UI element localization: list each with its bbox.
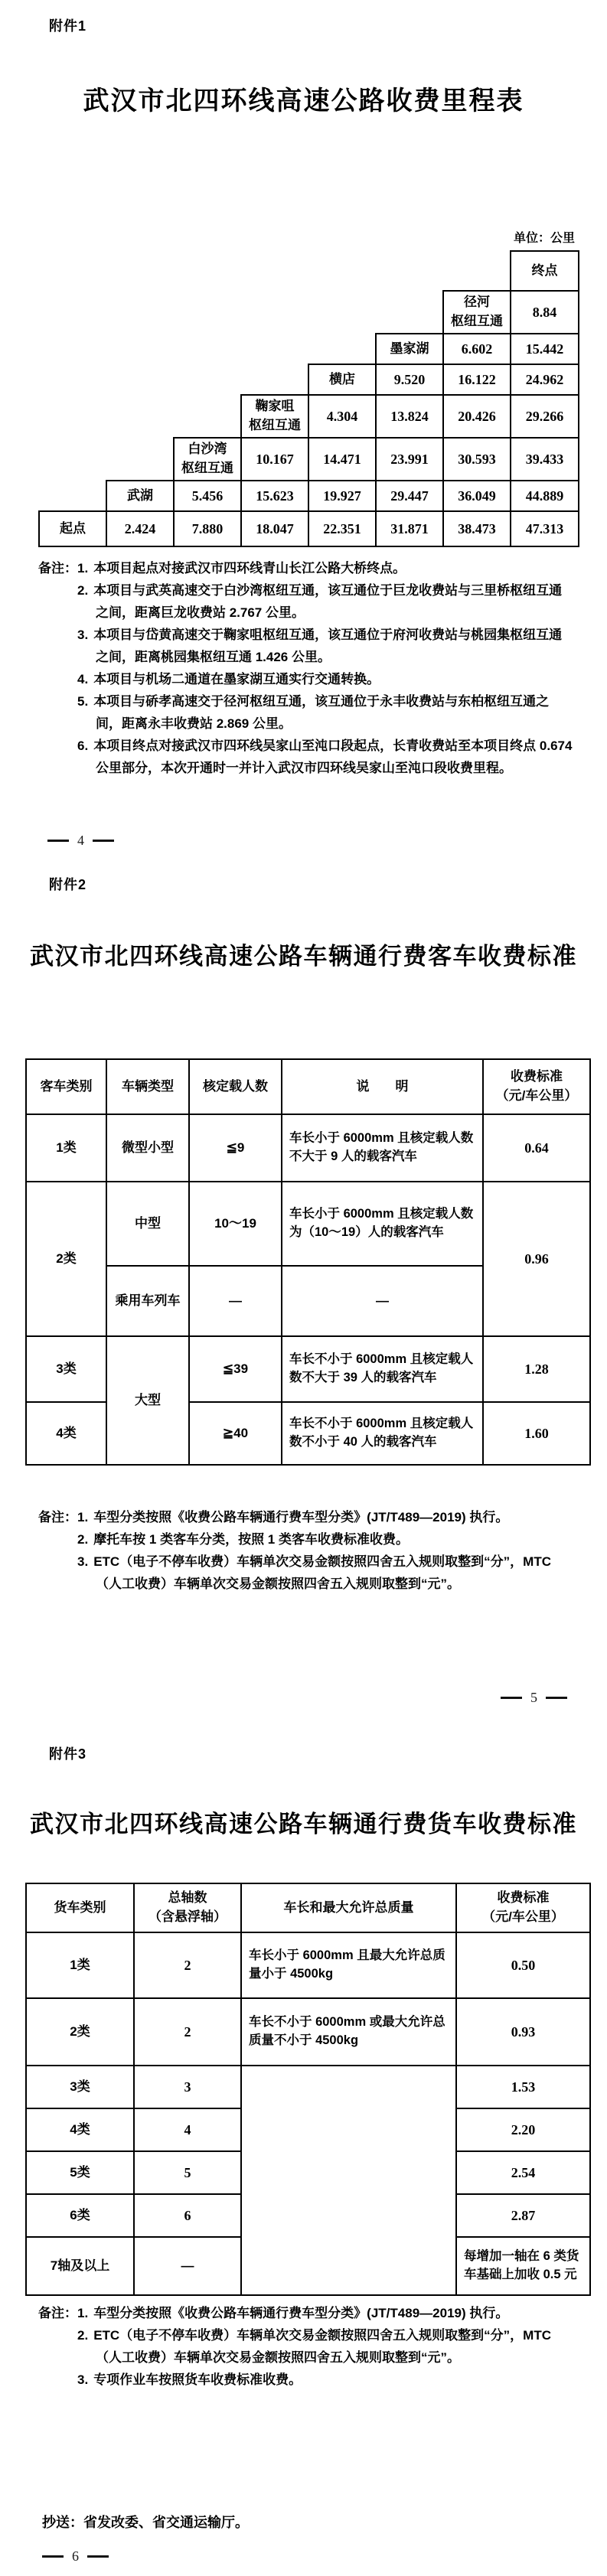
- distance-cell: 18.047: [241, 511, 308, 546]
- note-item: 6.本项目终点对接武汉市四环线吴家山至沌口段起点，长青收费站至本项目终点 0.6…: [77, 735, 574, 779]
- distance-cell: 22.351: [308, 511, 376, 546]
- distance-cell: 4.304: [308, 395, 376, 438]
- notes-label: 备注：: [38, 2302, 77, 2391]
- seats-cell: ≦9: [189, 1114, 282, 1182]
- unit-label: 单位：公里: [514, 228, 575, 246]
- class-cell: 1类: [26, 1114, 106, 1182]
- station-label-cell: 白沙湾 枢纽互通: [174, 438, 241, 481]
- attachment-3-title: 武汉市北四环线高速公路车辆通行费货车收费标准: [0, 1805, 607, 1839]
- note-item: 2.本项目与武英高速交于白沙湾枢纽互通，该互通位于巨龙收费站与三里桥枢纽互通之间…: [77, 579, 574, 624]
- spacer-cell: [39, 364, 308, 395]
- distance-cell: 9.520: [376, 364, 443, 395]
- station-label-cell: 横店: [308, 364, 376, 395]
- axles-cell: 4: [134, 2108, 241, 2151]
- distance-cell: 7.880: [174, 511, 241, 546]
- type-cell: 乘用车列车: [106, 1266, 189, 1336]
- table-row: 3类 大型 ≦39 车长不小于 6000mm 且核定载人数不大于 39 人的载客…: [26, 1336, 590, 1402]
- class-cell: 5类: [26, 2151, 134, 2194]
- distance-cell: 15.442: [511, 334, 579, 364]
- seats-cell: 10～19: [189, 1182, 282, 1266]
- page-number-5: 5: [501, 1690, 567, 1706]
- distance-cell: 23.991: [376, 438, 443, 481]
- attachment-1-title: 武汉市北四环线高速公路收费里程表: [0, 80, 607, 117]
- table-row: 径河 枢纽互通 8.84: [39, 291, 579, 334]
- table-row: 终点: [39, 251, 579, 291]
- rate-cell: 1.28: [483, 1336, 590, 1402]
- table-row: 起点 2.424 7.880 18.047 22.351 31.871 38.4…: [39, 511, 579, 546]
- station-label-cell: 起点: [39, 511, 106, 546]
- document-page: 附件1 武汉市北四环线高速公路收费里程表 单位：公里 终点 径河 枢纽互通 8.…: [0, 0, 607, 2576]
- distance-cell: 20.426: [443, 395, 511, 438]
- header-cell: 总轴数 （含悬浮轴）: [134, 1883, 241, 1932]
- class-cell: 6类: [26, 2194, 134, 2237]
- attachment-2-notes: 备注： 1.车型分类按照《收费公路车辆通行费车型分类》(JT/T489—2019…: [38, 1506, 574, 1595]
- distance-cell: 13.824: [376, 395, 443, 438]
- distance-cell: 30.593: [443, 438, 511, 481]
- note-item: 1.本项目起点对接武汉市四环线青山长江公路大桥终点。: [77, 557, 574, 579]
- header-cell: 核定载人数: [189, 1059, 282, 1114]
- axles-cell: 2: [134, 1932, 241, 1998]
- distance-cell: 16.122: [443, 364, 511, 395]
- note-item: 3.专项作业车按照货车收费标准收费。: [77, 2369, 574, 2391]
- rate-cell: 0.93: [456, 1998, 590, 2066]
- cc-line: 抄送：省发改委、省交通运输厅。: [42, 2512, 249, 2532]
- page-number-dash: [93, 840, 114, 842]
- station-label-cell: 终点: [511, 251, 579, 291]
- distance-cell: 38.473: [443, 511, 511, 546]
- description-cell: 车长小于 6000mm 且最大允许总质量小于 4500kg: [241, 1932, 456, 1998]
- description-cell: 车长小于 6000mm 且核定载人数不大于 9 人的载客汽车: [282, 1114, 483, 1182]
- distance-cell: 14.471: [308, 438, 376, 481]
- axles-cell: 3: [134, 2066, 241, 2108]
- notes-label: 备注：: [38, 1506, 77, 1595]
- description-cell: 车长不小于 6000mm 或最大允许总质量不小于 4500kg: [241, 1998, 456, 2066]
- axles-cell: 6: [134, 2194, 241, 2237]
- seats-cell: —: [189, 1266, 282, 1336]
- spacer-cell: [39, 291, 443, 334]
- table-row: 武湖 5.456 15.623 19.927 29.447 36.049 44.…: [39, 481, 579, 511]
- note-item: 2.摩托车按 1 类客车分类，按照 1 类客车收费标准收费。: [77, 1528, 574, 1550]
- truck-toll-table: 货车类别 总轴数 （含悬浮轴） 车长和最大允许总质量 收费标准 （元/车公里） …: [25, 1883, 591, 2296]
- passenger-toll-table: 客车类别 车辆类型 核定载人数 说 明 收费标准 （元/车公里） 1类 微型小型…: [25, 1058, 591, 1466]
- header-cell: 收费标准 （元/车公里）: [483, 1059, 590, 1114]
- distance-cell: 31.871: [376, 511, 443, 546]
- page-number-dash: [42, 2555, 64, 2558]
- table-header-row: 客车类别 车辆类型 核定载人数 说 明 收费标准 （元/车公里）: [26, 1059, 590, 1114]
- table-header-row: 货车类别 总轴数 （含悬浮轴） 车长和最大允许总质量 收费标准 （元/车公里）: [26, 1883, 590, 1932]
- distance-cell: 24.962: [511, 364, 579, 395]
- mileage-matrix-table: 终点 径河 枢纽互通 8.84 墨家湖 6.602 15.442 横店 9.52…: [38, 250, 579, 547]
- attachment-1-label: 附件1: [49, 15, 86, 35]
- description-cell: 车长小于 6000mm 且核定载人数为（10～19）人的载客汽车: [282, 1182, 483, 1266]
- rate-cell: 1.60: [483, 1402, 590, 1465]
- note-item: 3.ETC（电子不停车收费）车辆单次交易金额按照四舍五入规则取整到“分”，MTC…: [77, 1550, 574, 1595]
- spacer-cell: [39, 395, 241, 438]
- notes-label: 备注：: [38, 557, 77, 779]
- axles-cell: —: [134, 2237, 241, 2295]
- distance-cell: 29.447: [376, 481, 443, 511]
- note-item: 1.车型分类按照《收费公路车辆通行费车型分类》(JT/T489—2019) 执行…: [77, 1506, 574, 1528]
- header-cell: 货车类别: [26, 1883, 134, 1932]
- rate-cell: 2.20: [456, 2108, 590, 2151]
- distance-cell: 39.433: [511, 438, 579, 481]
- class-cell: 3类: [26, 1336, 106, 1402]
- header-cell: 收费标准 （元/车公里）: [456, 1883, 590, 1932]
- description-cell: —: [282, 1266, 483, 1336]
- class-cell: 4类: [26, 1402, 106, 1465]
- rate-cell: 0.50: [456, 1932, 590, 1998]
- notes-items: 1.车型分类按照《收费公路车辆通行费车型分类》(JT/T489—2019) 执行…: [77, 1506, 574, 1595]
- spacer-cell: [39, 438, 174, 481]
- header-cell: 车辆类型: [106, 1059, 189, 1114]
- description-cell-empty: [241, 2066, 456, 2295]
- distance-cell: 5.456: [174, 481, 241, 511]
- class-cell: 4类: [26, 2108, 134, 2151]
- table-row: 3类 3 1.53: [26, 2066, 590, 2108]
- type-cell: 中型: [106, 1182, 189, 1266]
- note-item: 4.本项目与机场二通道在墨家湖互通实行交通转换。: [77, 668, 574, 690]
- distance-cell: 15.623: [241, 481, 308, 511]
- attachment-3-notes: 备注： 1.车型分类按照《收费公路车辆通行费车型分类》(JT/T489—2019…: [38, 2302, 574, 2391]
- axles-cell: 5: [134, 2151, 241, 2194]
- description-cell: 车长不小于 6000mm 且核定载人数不大于 39 人的载客汽车: [282, 1336, 483, 1402]
- distance-cell: 29.266: [511, 395, 579, 438]
- rate-cell: 2.54: [456, 2151, 590, 2194]
- spacer-cell: [39, 481, 106, 511]
- attachment-3-label: 附件3: [49, 1743, 86, 1763]
- seats-cell: ≦39: [189, 1336, 282, 1402]
- note-item: 3.本项目与岱黄高速交于鞠家咀枢纽互通，该互通位于府河收费站与桃园集枢纽互通之间…: [77, 624, 574, 668]
- table-row: 1类 微型小型 ≦9 车长小于 6000mm 且核定载人数不大于 9 人的载客汽…: [26, 1114, 590, 1182]
- spacer-cell: [39, 334, 376, 364]
- distance-cell: 44.889: [511, 481, 579, 511]
- notes-items: 1.车型分类按照《收费公路车辆通行费车型分类》(JT/T489—2019) 执行…: [77, 2302, 574, 2391]
- table-row: 鞠家咀 枢纽互通 4.304 13.824 20.426 29.266: [39, 395, 579, 438]
- axles-cell: 2: [134, 1998, 241, 2066]
- note-item: 1.车型分类按照《收费公路车辆通行费车型分类》(JT/T489—2019) 执行…: [77, 2302, 574, 2324]
- description-cell: 车长不小于 6000mm 且核定载人数不小于 40 人的载客汽车: [282, 1402, 483, 1465]
- attachment-2-label: 附件2: [49, 874, 86, 894]
- distance-cell: 10.167: [241, 438, 308, 481]
- attachment-2-title: 武汉市北四环线高速公路车辆通行费客车收费标准: [0, 937, 607, 971]
- distance-cell: 6.602: [443, 334, 511, 364]
- page-number-dash: [87, 2555, 109, 2558]
- class-cell: 2类: [26, 1998, 134, 2066]
- page-number-dash: [546, 1697, 567, 1699]
- attachment-1-notes: 备注： 1.本项目起点对接武汉市四环线青山长江公路大桥终点。 2.本项目与武英高…: [38, 557, 574, 779]
- page-number-6: 6: [42, 2548, 109, 2565]
- station-label-cell: 武湖: [106, 481, 174, 511]
- table-row: 2类 2 车长不小于 6000mm 或最大允许总质量不小于 4500kg 0.9…: [26, 1998, 590, 2066]
- class-cell: 7轴及以上: [26, 2237, 134, 2295]
- distance-cell: 36.049: [443, 481, 511, 511]
- seats-cell: ≧40: [189, 1402, 282, 1465]
- distance-cell: 8.84: [511, 291, 579, 334]
- distance-cell: 47.313: [511, 511, 579, 546]
- type-cell: 大型: [106, 1336, 189, 1465]
- type-cell: 微型小型: [106, 1114, 189, 1182]
- table-row: 1类 2 车长小于 6000mm 且最大允许总质量小于 4500kg 0.50: [26, 1932, 590, 1998]
- page-number-dash: [501, 1697, 522, 1699]
- table-row: 白沙湾 枢纽互通 10.167 14.471 23.991 30.593 39.…: [39, 438, 579, 481]
- class-cell: 3类: [26, 2066, 134, 2108]
- header-cell: 说 明: [282, 1059, 483, 1114]
- rate-cell: 每增加一轴在 6 类货车基础上加收 0.5 元: [456, 2237, 590, 2295]
- table-row: 墨家湖 6.602 15.442: [39, 334, 579, 364]
- note-item: 5.本项目与硚孝高速交于径河枢纽互通，该互通位于永丰收费站与东柏枢纽互通之间，距…: [77, 690, 574, 735]
- station-label-cell: 墨家湖: [376, 334, 443, 364]
- header-cell: 车长和最大允许总质量: [241, 1883, 456, 1932]
- rate-cell: 0.64: [483, 1114, 590, 1182]
- page-number-dash: [47, 840, 69, 842]
- distance-cell: 19.927: [308, 481, 376, 511]
- station-label-cell: 鞠家咀 枢纽互通: [241, 395, 308, 438]
- rate-cell: 1.53: [456, 2066, 590, 2108]
- table-row: 横店 9.520 16.122 24.962: [39, 364, 579, 395]
- rate-cell: 2.87: [456, 2194, 590, 2237]
- station-label-cell: 径河 枢纽互通: [443, 291, 511, 334]
- header-cell: 客车类别: [26, 1059, 106, 1114]
- rate-cell: 0.96: [483, 1182, 590, 1336]
- page-number-4: 4: [47, 833, 114, 849]
- table-row: 2类 中型 10～19 车长小于 6000mm 且核定载人数为（10～19）人的…: [26, 1182, 590, 1266]
- notes-items: 1.本项目起点对接武汉市四环线青山长江公路大桥终点。 2.本项目与武英高速交于白…: [77, 557, 574, 779]
- note-item: 2.ETC（电子不停车收费）车辆单次交易金额按照四舍五入规则取整到“分”，MTC…: [77, 2324, 574, 2369]
- distance-cell: 2.424: [106, 511, 174, 546]
- class-cell: 1类: [26, 1932, 134, 1998]
- spacer-cell: [39, 251, 511, 291]
- class-cell: 2类: [26, 1182, 106, 1336]
